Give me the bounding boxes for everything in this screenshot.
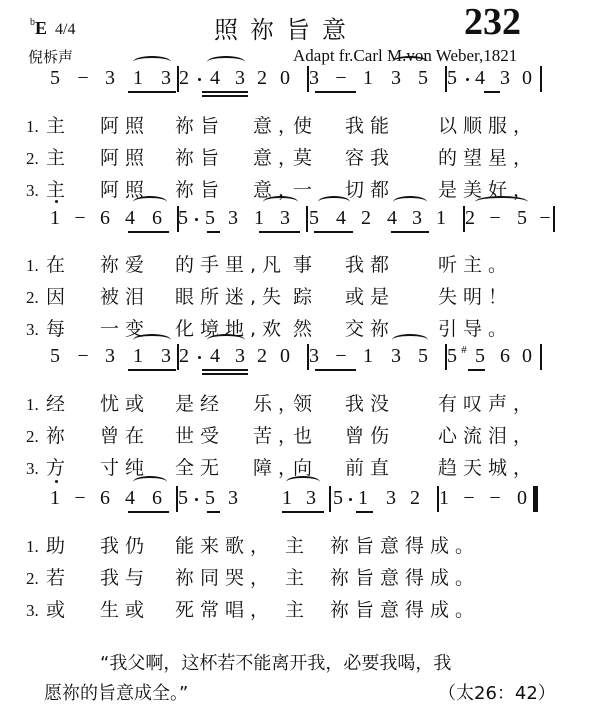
slur-tie [392,56,428,68]
note: 3 [233,346,247,366]
barline [177,206,179,232]
note: 2 [177,68,191,88]
barline [177,66,179,92]
eighth-underline [207,231,220,233]
note: 6 [150,488,164,508]
note: 0 [520,68,534,88]
note: 6 [150,208,164,228]
scripture-quote-line2: 愿祢的旨意成全。” [44,679,188,705]
eighth-underline [314,231,353,233]
barline [306,206,308,232]
slur-tie [207,334,245,346]
note: 5 [445,346,459,366]
note: 2 [255,68,269,88]
sixteenth-underline [202,91,248,93]
lyric-text: 阿照 [100,115,150,137]
lyric-text: 的望星， [438,147,538,169]
note: 3 [159,68,173,88]
lyric-text: 主 [46,115,71,137]
note: 3 [389,346,403,366]
verse-number: 3. [26,459,39,479]
lyric-text: 被泪 [100,286,150,308]
note: 5 [48,68,62,88]
note: 1 [131,346,145,366]
note: − [76,68,90,88]
lyric-text: 交祢 [345,318,395,340]
note: − [76,346,90,366]
lyric-text: 心流泪， [438,425,538,447]
lyric-text: 我能 [345,115,395,137]
lyric-text: 眼所迷,失 [175,286,287,308]
note: − [538,208,552,228]
lyric-text: 若 [46,567,71,589]
note: 6 [98,208,112,228]
slur-tie [133,56,171,68]
eighth-underline [315,369,356,371]
note: 2 [255,346,269,366]
verse-number: 2. [26,288,39,308]
verse-number: 2. [26,427,39,447]
augmentation-dot [198,78,201,81]
note: 3 [159,346,173,366]
augmentation-dot [195,218,198,221]
hymn-number: 232 [464,0,521,44]
slur-tie [475,196,528,208]
verse-number: 1. [26,117,39,137]
lyric-text: 祢爱 [100,254,150,276]
note: 3 [233,68,247,88]
lyric-text: 莫 [293,147,318,169]
note: 2 [408,488,422,508]
slur-tie [286,476,320,488]
augmentation-dot [198,356,201,359]
lyric-text: 使 [293,115,318,137]
note: 3 [226,488,240,508]
lyric-text: 祢旨 [175,115,225,137]
lyric-text: 祢旨 [175,179,225,201]
eighth-underline [128,91,176,93]
note: 3 [389,68,403,88]
lyric-text: 踪 [293,286,318,308]
lyric-text: 以顺服， [438,115,538,137]
lyric-text: 助 [46,535,71,557]
barline [445,66,447,92]
lyric-text: 主 [285,535,310,557]
note: 6 [498,346,512,366]
note: 3 [226,208,240,228]
eighth-underline [128,369,176,371]
lyric-text: 忧或 [100,393,150,415]
lyric-text: 或 [46,599,71,621]
note: 1 [252,208,266,228]
note: 1 [48,488,62,508]
lyric-text: 祢旨意得成。 [330,567,480,589]
barline [177,344,179,370]
note: 3 [384,488,398,508]
eighth-underline [259,231,300,233]
note: − [488,488,502,508]
note: 3 [498,68,512,88]
lyric-text: 祢同哭， [175,567,275,589]
augmentation-dot [466,78,469,81]
slur-tie [392,334,428,346]
eighth-underline [282,511,324,513]
verse-number: 3. [26,181,39,201]
note: 5 [48,346,62,366]
note: 4 [123,488,137,508]
flat-sign: b [30,17,35,28]
lyric-text: 世受 [175,425,225,447]
note: − [73,488,87,508]
note: 5 [203,208,217,228]
note: − [462,488,476,508]
slur-tie [133,334,171,346]
lyric-text: 祢旨意得成。 [330,535,480,557]
verse-number: 3. [26,320,39,340]
barline [540,344,542,370]
barline [540,66,542,92]
note: 4 [208,68,222,88]
lyric-text: 有叹声， [438,393,538,415]
lyric-text: 生或 [100,599,150,621]
note: − [488,208,502,228]
note: 2 [463,208,477,228]
lyric-text: 是经 [175,393,225,415]
eighth-underline [484,91,500,93]
lyric-text: 失明！ [438,286,513,308]
lyric-text: 在 [46,254,71,276]
note: 5 [307,208,321,228]
lyric-text: 前直 [345,457,395,479]
note: 3 [103,68,117,88]
note: 5 [176,488,190,508]
key-signature: bE 4/4 [30,18,75,39]
hymn-title: 照祢旨意 [214,10,358,45]
lyric-text: 的手里,凡 [175,254,287,276]
sixteenth-underline [202,95,248,97]
slur-tie [207,56,245,68]
lyric-text: 我仍 [100,535,150,557]
final-barline [533,486,538,512]
barline [463,206,465,232]
high-octave-dot [55,200,58,203]
barline [553,206,555,232]
lyric-text: 主 [46,179,71,201]
lyric-text: 我与 [100,567,150,589]
lyric-text: 经 [46,393,71,415]
augmentation-dot [349,498,352,501]
slur-tie [263,196,298,208]
note: − [73,208,87,228]
eighth-underline [128,511,169,513]
note: 3 [307,68,321,88]
note: 2 [359,208,373,228]
barline [307,344,309,370]
note: 4 [473,68,487,88]
note: 4 [334,208,348,228]
lyric-text: 主 [285,599,310,621]
lyric-text: 一 [293,179,318,201]
lyric-text: 阿照 [100,147,150,169]
note: 0 [278,68,292,88]
note: 1 [434,208,448,228]
high-octave-dot [55,480,58,483]
lyric-text: 曾伤 [345,425,395,447]
verse-number: 3. [26,601,39,621]
note: 2 [177,346,191,366]
note: 5 [473,346,487,366]
augmentation-dot [195,498,198,501]
lyric-text: 事 [293,254,318,276]
note: 0 [520,346,534,366]
note: 1 [131,68,145,88]
lyric-text: 容我 [345,147,395,169]
note: 3 [103,346,117,366]
lyric-text: 趋天城， [438,457,538,479]
barline [437,486,439,512]
verse-number: 2. [26,149,39,169]
barline [176,486,178,512]
eighth-underline [207,511,220,513]
lyric-text: 听主。 [438,254,513,276]
note: 0 [515,488,529,508]
note: 3 [304,488,318,508]
note: 1 [437,488,451,508]
lyric-text: 方 [46,457,71,479]
note: 4 [385,208,399,228]
lyric-text: 曾在 [100,425,150,447]
verse-number: 1. [26,256,39,276]
slur-tie [133,196,167,208]
eighth-underline [356,511,373,513]
eighth-underline [468,369,485,371]
scripture-reference: （太26：42） [438,679,556,705]
lyric-text: 祢旨意得成。 [330,599,480,621]
note: 3 [410,208,424,228]
slur-tie [393,196,427,208]
note: 5 [331,488,345,508]
note: 1 [361,346,375,366]
lyric-text: 祢 [46,425,71,447]
barline [307,66,309,92]
barline [329,486,331,512]
verse-number: 1. [26,395,39,415]
note: 5 [416,68,430,88]
note: 1 [48,208,62,228]
note: 1 [361,68,375,88]
note: 1 [356,488,370,508]
verse-number: 2. [26,569,39,589]
lyric-text: 祢旨 [175,147,225,169]
sixteenth-underline [202,369,248,371]
note: 4 [208,346,222,366]
lyric-text: 领 [293,393,318,415]
slur-tie [133,476,167,488]
eighth-underline [128,231,169,233]
eighth-underline [391,231,429,233]
lyric-text: 或是 [345,286,395,308]
note: 6 [98,488,112,508]
sharp-sign: # [459,340,469,360]
scripture-quote-line1: “我父啊，这杯若不能离开我，必要我喝，我 [100,649,451,675]
note: − [334,346,348,366]
lyric-text: 引导。 [438,318,513,340]
lyric-text: 然 [293,318,318,340]
lyric-text: 死常唱， [175,599,275,621]
note: − [334,68,348,88]
note: 0 [278,346,292,366]
verse-number: 1. [26,537,39,557]
lyricist: 倪柝声 [28,46,73,67]
lyric-text: 每 [46,318,71,340]
lyric-text: 切都 [345,179,395,201]
note: 1 [280,488,294,508]
lyric-text: 我都 [345,254,395,276]
lyric-text: 我没 [345,393,395,415]
note: 5 [203,488,217,508]
note: 4 [123,208,137,228]
note: 3 [278,208,292,228]
note: 5 [445,68,459,88]
slur-tie [318,196,350,208]
lyric-text: 全无 [175,457,225,479]
lyric-text: 能来歌， [175,535,275,557]
note: 5 [515,208,529,228]
lyric-text: 主 [285,567,310,589]
note: 5 [416,346,430,366]
lyric-text: 主 [46,147,71,169]
lyric-text: 也 [293,425,318,447]
eighth-underline [315,91,356,93]
lyric-text: 因 [46,286,71,308]
sixteenth-underline [202,373,248,375]
barline [445,344,447,370]
note: 3 [307,346,321,366]
